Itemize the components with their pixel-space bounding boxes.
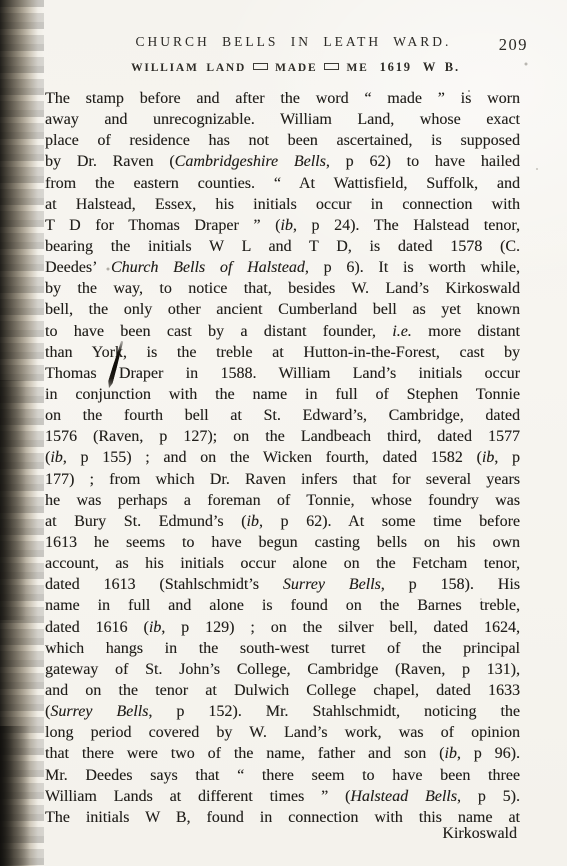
text-line: Deedes’ Church Bells of Halstead, p 6). … — [45, 257, 520, 278]
catchword: Kirkoswald — [45, 825, 517, 843]
text-line: at Bury St. Edmund’s (ib, p 62). At some… — [45, 511, 520, 532]
running-header: CHURCH BELLS IN LEATH WARD. 209 — [45, 34, 528, 56]
text-line: The stamp before and after the word “ ma… — [45, 88, 520, 109]
text-line: William Lands at different times ” (Hals… — [45, 786, 520, 807]
text-line: to have been cast by a distant founder, … — [45, 321, 520, 342]
text-line: bearing the initials W L and T D, is dat… — [45, 236, 520, 257]
text-line: he was perhaps a foreman of Tonnie, whos… — [45, 490, 520, 511]
worn-stamp-icon — [253, 63, 268, 70]
text-line: and on the tenor at Dulwich College chap… — [45, 680, 520, 701]
text-line: by Dr. Raven (Cambridgeshire Bells, p 62… — [45, 151, 520, 172]
text-line: 1576 (Raven, p 127); on the Landbeach th… — [45, 426, 520, 447]
text-line: Mr. Deedes says that “ there seem to hav… — [45, 765, 520, 786]
body-text: The stamp before and after the word “ ma… — [45, 88, 520, 828]
text-line: in conjunction with the name in full of … — [45, 384, 520, 405]
text-line: that there were two of the name, father … — [45, 743, 520, 764]
text-line: (ib, p 155) ; and on the Wicken fourth, … — [45, 447, 520, 468]
inscription-initials: W B. — [423, 60, 460, 74]
text-line: account, as his initials occur alone on … — [45, 553, 520, 574]
worn-stamp-icon — [324, 63, 339, 70]
text-line: dated 1616 (ib, p 129) ; on the silver b… — [45, 617, 520, 638]
page-number: 209 — [499, 35, 528, 55]
text-line: from the eastern counties. “ At Wattisfi… — [45, 173, 520, 194]
inscription-word-made: MADE — [275, 62, 317, 74]
text-line: at Halstead, Essex, his initials occur i… — [45, 194, 520, 215]
text-line: long period covered by W. Land’s work, w… — [45, 722, 520, 743]
text-line: dated 1613 (Stahlschmidt’s Surrey Bells,… — [45, 574, 520, 595]
text-line: 1613 he seems to have begun casting bell… — [45, 532, 520, 553]
text-line: name in full and alone is found on the B… — [45, 595, 520, 616]
text-line: bell, the only other ancient Cumberland … — [45, 299, 520, 320]
inscription-year: 1619 — [380, 60, 412, 74]
bell-inscription: WILLIAM LANDMADEME1619W B. — [58, 60, 533, 75]
inscription-word-me: ME — [346, 62, 368, 74]
text-line: T D for Thomas Draper ” (ib, p 24). The … — [45, 215, 520, 236]
text-line: (Surrey Bells, p 152). Mr. Stahlschmidt,… — [45, 701, 520, 722]
text-line: which hangs in the south-west turret of … — [45, 638, 520, 659]
text-line: 177) ; from which Dr. Raven infers that … — [45, 469, 520, 490]
page-title: CHURCH BELLS IN LEATH WARD. — [45, 34, 528, 50]
page-gutter-shadow — [0, 0, 44, 866]
scan-specks — [468, 90, 470, 92]
text-line: on the fourth bell at St. Edward’s, Camb… — [45, 405, 520, 426]
text-line: by the way, to notice that, besides W. L… — [45, 278, 520, 299]
text-line: gateway of St. John’s College, Cambridge… — [45, 659, 520, 680]
text-line: place of residence has not been ascertai… — [45, 130, 520, 151]
text-line: away and unrecognizable. William Land, w… — [45, 109, 520, 130]
book-page: CHURCH BELLS IN LEATH WARD. 209 WILLIAM … — [0, 0, 567, 866]
inscription-founder: WILLIAM LAND — [131, 62, 246, 74]
